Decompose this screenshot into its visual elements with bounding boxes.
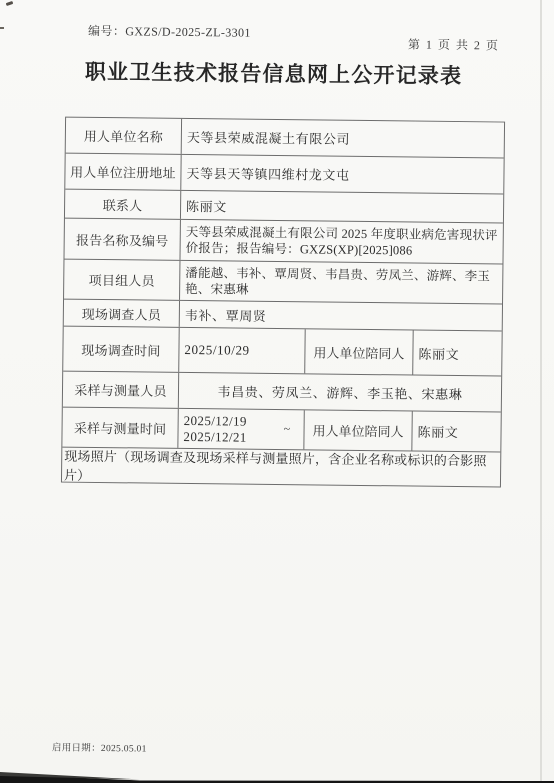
page-indicator: 第 1 页 共 2 页 — [408, 35, 500, 53]
document-sheet: 编号：GXZS/D-2025-ZL-3301 第 1 页 共 2 页 职业卫生技… — [0, 0, 554, 783]
paper-edge-shadow — [540, 0, 542, 783]
table-row-sampling-date: 采样与测量时间 2025/12/19 2025/12/21 ~ 用人单位陪同人 … — [62, 407, 500, 452]
table-row-project-team: 项目组人员 潘能越、韦补、覃周贤、韦昌贵、劳凤兰、游辉、李玉艳、宋惠琳 — [64, 259, 502, 304]
page-title: 职业卫生技术报告信息网上公开记录表 — [3, 55, 543, 91]
row-label: 报告名称及编号 — [64, 219, 179, 260]
table-row-report-name-number: 报告名称及编号 天等县荣威混凝土有限公司 2025 年度职业病危害现状评价报告；… — [64, 218, 502, 264]
row-label: 项目组人员 — [64, 260, 179, 300]
row-label-accompanying: 用人单位陪同人 — [304, 329, 412, 374]
row-label: 用人单位注册地址 — [65, 154, 180, 190]
row-label: 用人单位名称 — [66, 118, 181, 154]
effective-date-footer: 启用日期：2025.05.01 — [52, 739, 147, 754]
row-value-accompanying: 陈丽文 — [411, 412, 500, 452]
table-row-registered-address: 用人单位注册地址 天等县天等镇四维村龙文屯 — [65, 153, 503, 194]
table-row-site-survey-staff: 现场调查人员 韦补、覃周贤 — [64, 299, 502, 331]
row-value: 天等县天等镇四维村龙文屯 — [180, 155, 503, 194]
row-label: 采样与测量时间 — [62, 408, 177, 448]
date-end: 2025/12/21 — [183, 428, 298, 445]
scanned-document-page: { "page": { "doc_number": "编号：GXZS/D-202… — [0, 0, 554, 783]
row-label: 现场调查人员 — [64, 300, 179, 327]
scan-bottom-edge — [0, 765, 554, 783]
row-label: 联系人 — [65, 190, 180, 219]
date-start: 2025/12/19 — [184, 412, 299, 429]
row-value: 韦补、覃周贤 — [179, 301, 502, 331]
row-value: 天等县荣威混凝土有限公司 2025 年度职业病危害现状评价报告；报告编号：GXZ… — [179, 220, 502, 264]
row-label-accompanying: 用人单位陪同人 — [303, 410, 411, 450]
table-row-contact-person: 联系人 陈丽文 — [65, 189, 503, 223]
doc-number: 编号：GXZS/D-2025-ZL-3301 — [88, 22, 251, 41]
row-label: 采样与测量人员 — [63, 372, 178, 408]
table-row-sampling-staff: 采样与测量人员 韦昌贵、劳凤兰、游辉、李玉艳、宋惠琳 — [63, 371, 501, 412]
row-value: 韦昌贵、劳凤兰、游辉、李玉艳、宋惠琳 — [178, 373, 501, 412]
row-value-accompanying: 陈丽文 — [412, 331, 501, 376]
row-value: 天等县荣威混凝土有限公司 — [181, 119, 504, 158]
paper-background: 编号：GXZS/D-2025-ZL-3301 第 1 页 共 2 页 职业卫生技… — [0, 0, 554, 783]
table-row-employer-name: 用人单位名称 天等县荣威混凝土有限公司 — [66, 118, 504, 158]
record-table: 用人单位名称 天等县荣威混凝土有限公司 用人单位注册地址 天等县天等镇四维村龙文… — [61, 117, 505, 488]
row-value: 陈丽文 — [180, 191, 503, 223]
row-value: 潘能越、韦补、覃周贤、韦昌贵、劳凤兰、游辉、李玉艳、宋惠琳 — [179, 261, 502, 304]
row-fulltext: 现场照片（现场调查及现场采样与测量照片，含企业名称或标识的合影照片） — [62, 448, 500, 487]
table-row-site-survey-date: 现场调查时间 2025/10/29 用人单位陪同人 陈丽文 — [63, 326, 501, 376]
date-separator: ~ — [284, 420, 291, 436]
table-row-site-photos: 现场照片（现场调查及现场采样与测量照片，含企业名称或标识的合影照片） — [62, 447, 500, 487]
row-label: 现场调查时间 — [63, 327, 178, 372]
row-value-daterange: 2025/12/19 2025/12/21 ~ — [177, 409, 303, 449]
row-value: 2025/10/29 — [178, 328, 304, 373]
